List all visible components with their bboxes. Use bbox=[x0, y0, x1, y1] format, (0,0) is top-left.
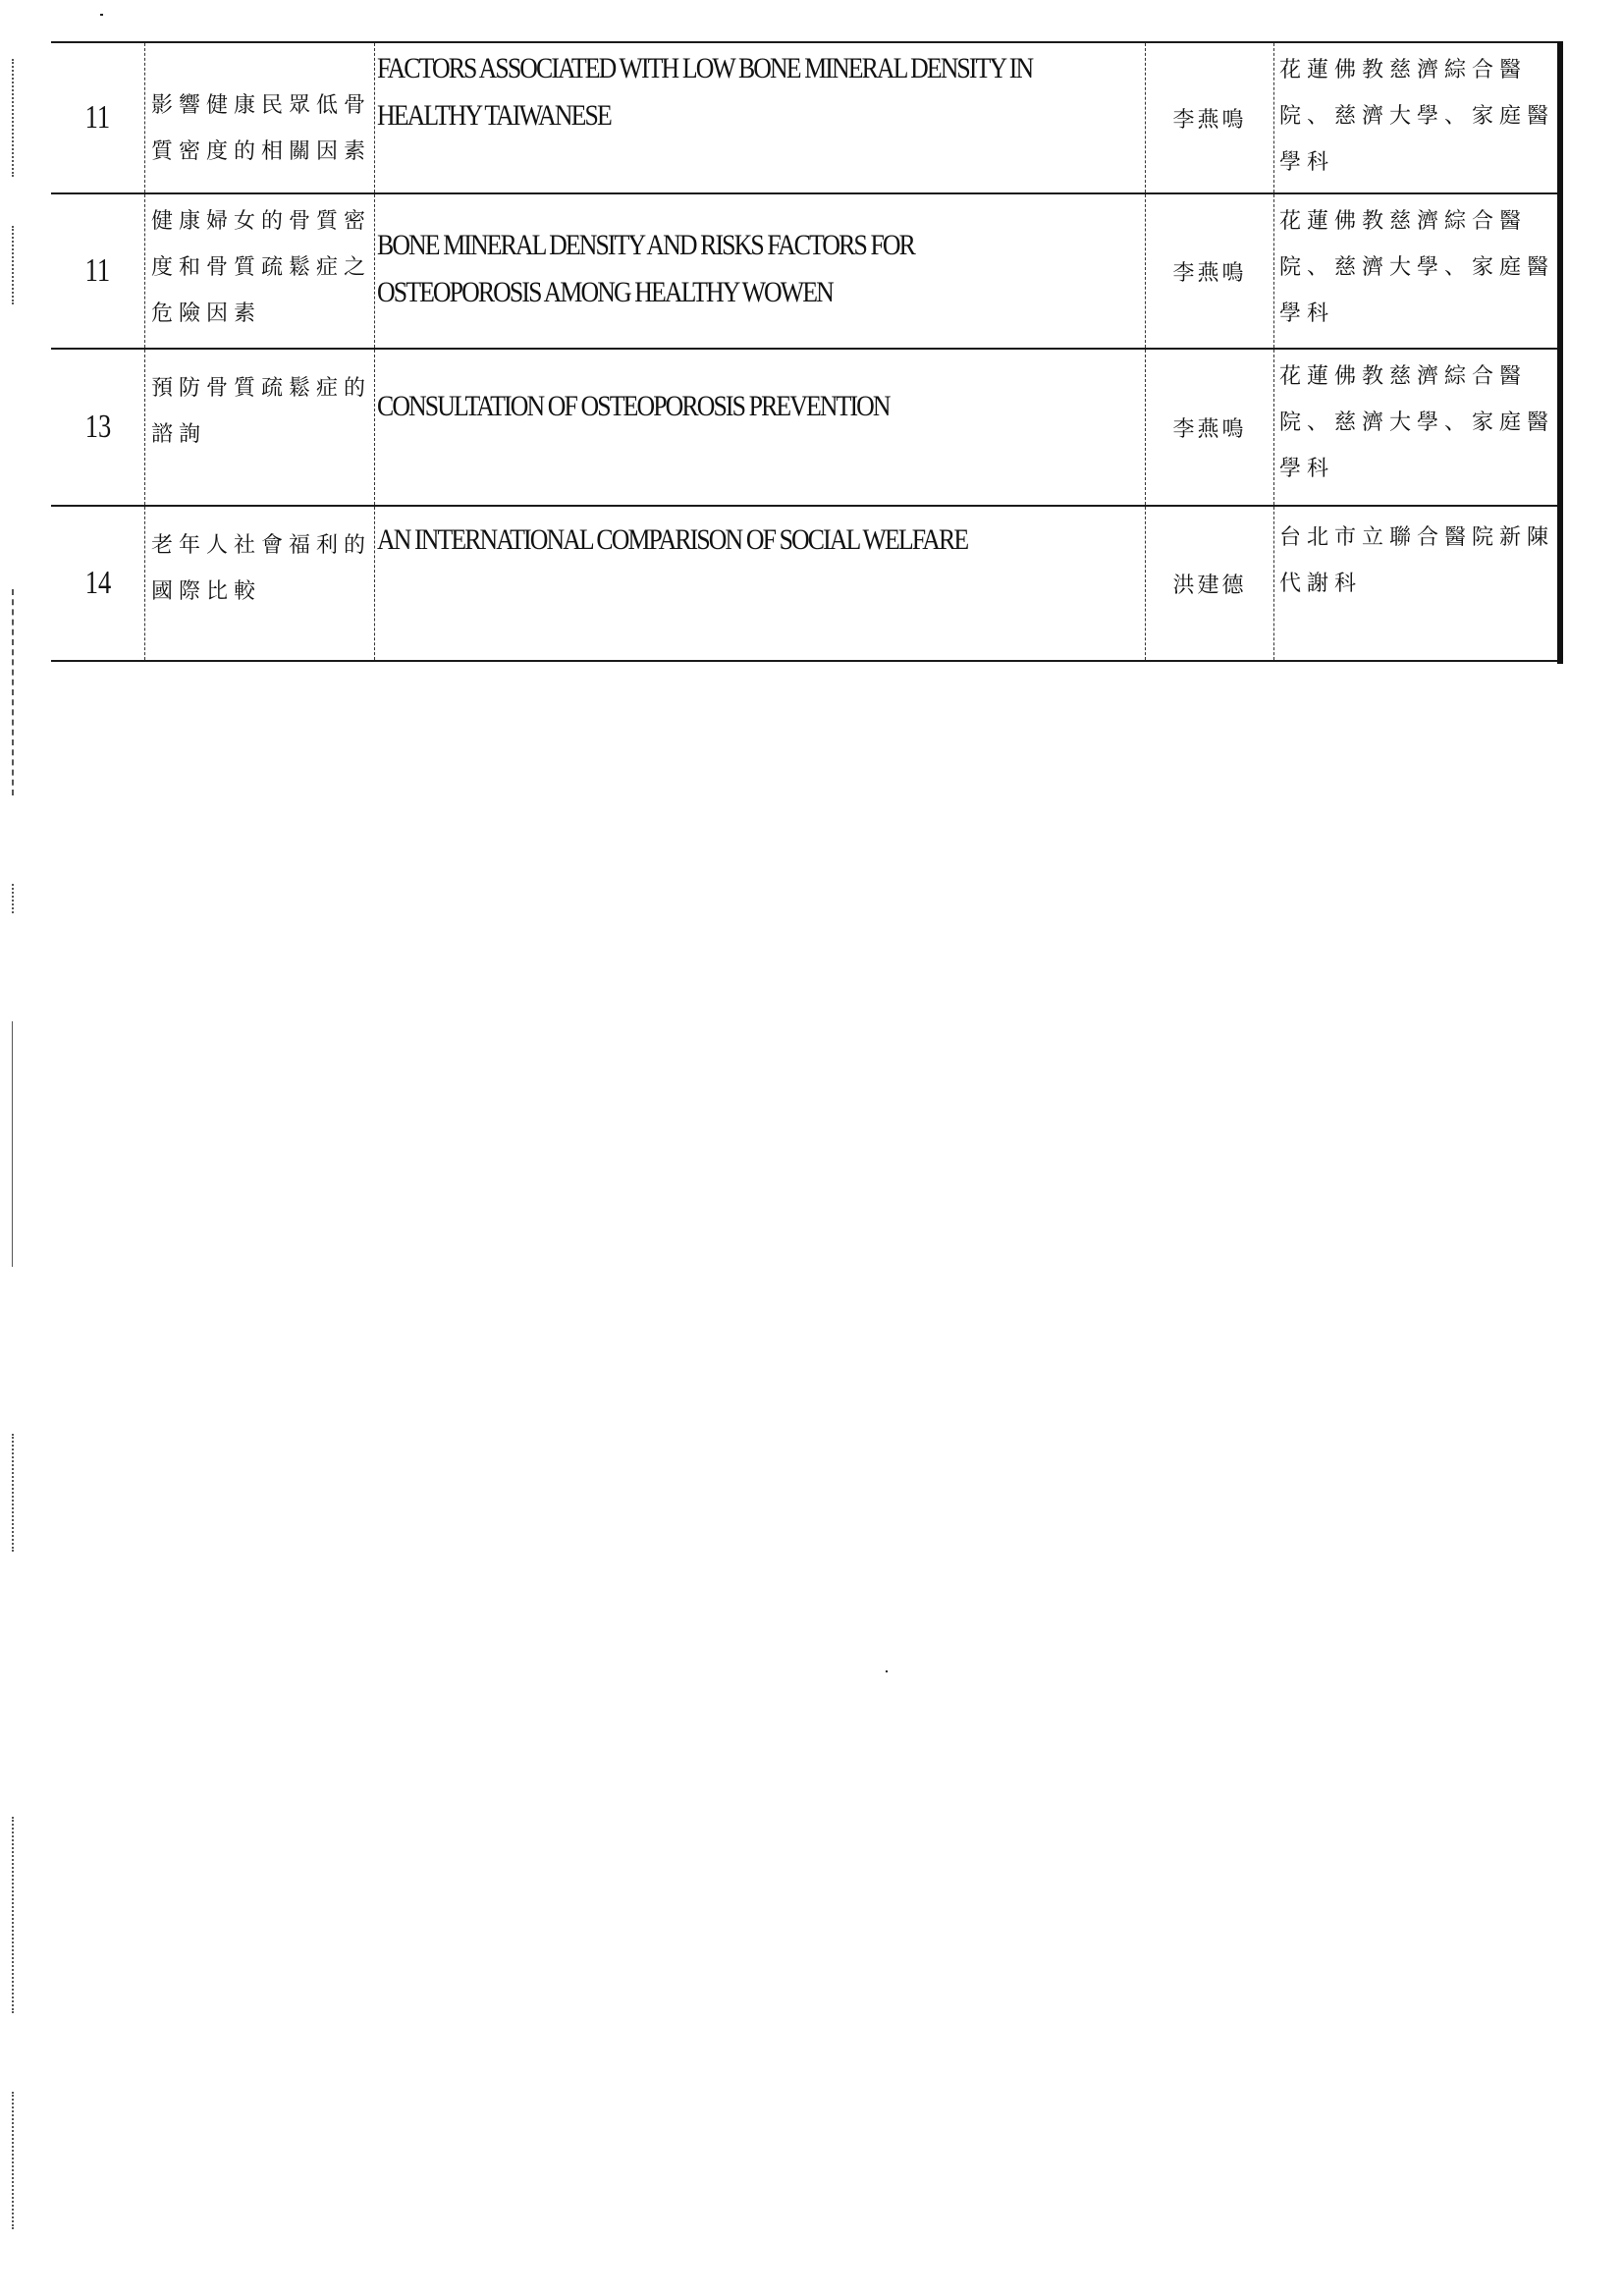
english-title-line: AN INTERNATIONAL COMPARISON OF SOCIAL WE… bbox=[377, 517, 1038, 564]
chinese-title-cell: 影響健康民眾低骨質密度的相關因素 bbox=[144, 43, 374, 192]
chinese-title: 老年人社會福利的國際比較 bbox=[151, 522, 374, 615]
english-title: CONSULTATION OF OSTEOPOROSIS PREVENTION bbox=[377, 383, 1145, 430]
scan-edge-line bbox=[12, 2092, 14, 2229]
chinese-title-line: 度和骨質疏鬆症之 bbox=[151, 245, 374, 291]
english-title-cell: CONSULTATION OF OSTEOPOROSIS PREVENTION bbox=[374, 350, 1145, 505]
english-title-cell: AN INTERNATIONAL COMPARISON OF SOCIAL WE… bbox=[374, 507, 1145, 660]
author-cell: 李燕鳴 bbox=[1145, 350, 1273, 505]
affiliation: 花蓮佛教慈濟綜合醫院、慈濟大學、家庭醫學科 bbox=[1279, 47, 1557, 186]
affiliation-line: 院、慈濟大學、家庭醫 bbox=[1279, 400, 1557, 446]
author-name: 李燕鳴 bbox=[1172, 103, 1246, 134]
affiliation-line: 花蓮佛教慈濟綜合醫 bbox=[1279, 198, 1557, 245]
affiliation-cell: 花蓮佛教慈濟綜合醫院、慈濟大學、家庭醫學科 bbox=[1273, 194, 1557, 348]
chinese-title: 健康婦女的骨質密度和骨質疏鬆症之危險因素 bbox=[151, 198, 374, 337]
affiliation-line: 花蓮佛教慈濟綜合醫 bbox=[1279, 354, 1557, 400]
affiliation: 花蓮佛教慈濟綜合醫院、慈濟大學、家庭醫學科 bbox=[1279, 354, 1557, 492]
row-number: 11 bbox=[85, 99, 111, 137]
author-name: 洪建德 bbox=[1172, 569, 1246, 599]
scan-edge-line bbox=[12, 226, 14, 304]
chinese-title: 預防骨質疏鬆症的諮詢 bbox=[151, 365, 374, 458]
affiliation-line: 學科 bbox=[1279, 446, 1557, 492]
table-row: 11 影響健康民眾低骨質密度的相關因素 FACTORS ASSOCIATED W… bbox=[51, 41, 1563, 192]
chinese-title: 影響健康民眾低骨質密度的相關因素 bbox=[151, 82, 374, 175]
author-cell: 洪建德 bbox=[1145, 507, 1273, 660]
table-row: 13 預防骨質疏鬆症的諮詢 CONSULTATION OF OSTEOPOROS… bbox=[51, 348, 1563, 505]
english-title: BONE MINERAL DENSITY AND RISKS FACTORS F… bbox=[377, 222, 1145, 316]
english-title-line: OSTEOPOROSIS AMONG HEALTHY WOWEN bbox=[377, 269, 1038, 316]
affiliation: 台北市立聯合醫院新陳代謝科 bbox=[1279, 515, 1557, 607]
english-title-line: HEALTHY TAIWANESE bbox=[377, 92, 1038, 139]
author-name: 李燕鳴 bbox=[1172, 256, 1246, 287]
author-cell: 李燕鳴 bbox=[1145, 43, 1273, 192]
row-number-cell: 11 bbox=[51, 43, 144, 192]
row-number-cell: 11 bbox=[51, 194, 144, 348]
chinese-title-cell: 預防骨質疏鬆症的諮詢 bbox=[144, 350, 374, 505]
author-cell: 李燕鳴 bbox=[1145, 194, 1273, 348]
table-row: 14 老年人社會福利的國際比較 AN INTERNATIONAL COMPARI… bbox=[51, 505, 1563, 662]
scan-edge-line bbox=[12, 1817, 14, 2013]
chinese-title-line: 國際比較 bbox=[151, 569, 374, 615]
affiliation-line: 院、慈濟大學、家庭醫 bbox=[1279, 245, 1557, 291]
scan-edge-line bbox=[12, 589, 14, 795]
table-row: 11 健康婦女的骨質密度和骨質疏鬆症之危險因素 BONE MINERAL DEN… bbox=[51, 192, 1563, 348]
english-title-line: BONE MINERAL DENSITY AND RISKS FACTORS F… bbox=[377, 222, 1038, 269]
chinese-title-line: 質密度的相關因素 bbox=[151, 129, 374, 175]
row-number: 11 bbox=[85, 252, 111, 290]
english-title: FACTORS ASSOCIATED WITH LOW BONE MINERAL… bbox=[377, 45, 1145, 139]
english-title-line: FACTORS ASSOCIATED WITH LOW BONE MINERAL… bbox=[377, 45, 1038, 92]
scan-edge-line bbox=[12, 1434, 14, 1552]
scan-speck bbox=[100, 14, 103, 16]
row-number-cell: 14 bbox=[51, 507, 144, 660]
table-right-border bbox=[1557, 41, 1563, 664]
chinese-title-line: 老年人社會福利的 bbox=[151, 522, 374, 569]
affiliation-line: 學科 bbox=[1279, 139, 1557, 186]
chinese-title-cell: 健康婦女的骨質密度和骨質疏鬆症之危險因素 bbox=[144, 194, 374, 348]
affiliation: 花蓮佛教慈濟綜合醫院、慈濟大學、家庭醫學科 bbox=[1279, 198, 1557, 337]
row-number: 14 bbox=[84, 565, 111, 602]
affiliation-cell: 台北市立聯合醫院新陳代謝科 bbox=[1273, 507, 1557, 660]
affiliation-line: 花蓮佛教慈濟綜合醫 bbox=[1279, 47, 1557, 93]
scan-speck bbox=[886, 1670, 888, 1672]
chinese-title-cell: 老年人社會福利的國際比較 bbox=[144, 507, 374, 660]
affiliation-line: 代謝科 bbox=[1279, 561, 1557, 607]
affiliation-cell: 花蓮佛教慈濟綜合醫院、慈濟大學、家庭醫學科 bbox=[1273, 350, 1557, 505]
english-title-cell: FACTORS ASSOCIATED WITH LOW BONE MINERAL… bbox=[374, 43, 1145, 192]
author-name: 李燕鳴 bbox=[1172, 412, 1246, 443]
english-title-line: CONSULTATION OF OSTEOPOROSIS PREVENTION bbox=[377, 383, 1038, 430]
row-number-cell: 13 bbox=[51, 350, 144, 505]
scan-edge-line bbox=[12, 59, 14, 177]
affiliation-line: 學科 bbox=[1279, 291, 1557, 337]
scan-edge-line bbox=[12, 884, 14, 913]
chinese-title-line: 預防骨質疏鬆症的 bbox=[151, 365, 374, 411]
row-number: 13 bbox=[84, 409, 111, 446]
scan-edge-line bbox=[12, 1021, 13, 1267]
affiliation-line: 台北市立聯合醫院新陳 bbox=[1279, 515, 1557, 561]
chinese-title-line: 諮詢 bbox=[151, 411, 374, 458]
english-title-cell: BONE MINERAL DENSITY AND RISKS FACTORS F… bbox=[374, 194, 1145, 348]
chinese-title-line: 影響健康民眾低骨 bbox=[151, 82, 374, 129]
affiliation-line: 院、慈濟大學、家庭醫 bbox=[1279, 93, 1557, 139]
english-title: AN INTERNATIONAL COMPARISON OF SOCIAL WE… bbox=[377, 517, 1145, 564]
chinese-title-line: 健康婦女的骨質密 bbox=[151, 198, 374, 245]
chinese-title-line: 危險因素 bbox=[151, 291, 374, 337]
affiliation-cell: 花蓮佛教慈濟綜合醫院、慈濟大學、家庭醫學科 bbox=[1273, 43, 1557, 192]
